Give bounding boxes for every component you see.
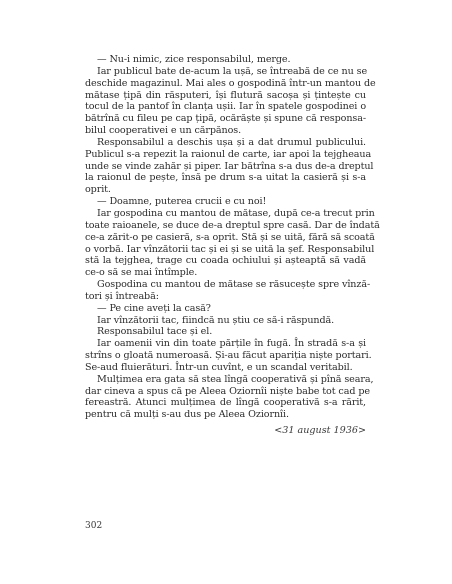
text-line: Gospodina cu mantou de mătase se răsuceș… xyxy=(85,279,366,291)
body-text: — Nu-i nimic, zice responsabilul, merge.… xyxy=(85,54,366,421)
text-line: tocul de la pantof în clanța ușii. Iar î… xyxy=(85,101,366,113)
text-line: Iar oamenii vin din toate părțile în fug… xyxy=(85,338,366,350)
text-line: stă la tejghea, trage cu coada ochiului … xyxy=(85,255,366,267)
text-line: Iar gospodina cu mantou de mătase, după … xyxy=(85,208,366,220)
text-line: Responsabilul tace și el. xyxy=(85,326,366,338)
date-signature: <31 august 1936> xyxy=(85,425,366,436)
text-line: tori și întreabă: xyxy=(85,291,366,303)
text-line: — Pe cine aveți la casă? xyxy=(85,303,366,315)
text-line: bătrînă cu fileu pe cap țipă, ocărăște ș… xyxy=(85,113,366,125)
text-line: — Nu-i nimic, zice responsabilul, merge. xyxy=(85,54,366,66)
text-line: deschide magazinul. Mai ales o gospodină… xyxy=(85,78,366,90)
text-line: o vorbă. Iar vînzătorii tac și ei și se … xyxy=(85,244,366,256)
text-line: mătase țipă din răsputeri, își flutură s… xyxy=(85,90,366,102)
text-line: toate raioanele, se duce de-a dreptul sp… xyxy=(85,220,366,232)
text-line: Mulțimea era gata să stea lîngă cooperat… xyxy=(85,374,366,386)
text-line: Responsabilul a deschis ușa și a dat dru… xyxy=(85,137,366,149)
text-line: pentru că mulți s-au dus pe Aleea Oziorn… xyxy=(85,409,366,421)
text-line: ce-a zărit-o pe casieră, s-a oprit. Stă … xyxy=(85,232,366,244)
text-line: unde se vinde zahăr și piper. Iar bătrîn… xyxy=(85,161,366,173)
text-line: strîns o gloată numeroasă. Și-au făcut a… xyxy=(85,350,366,362)
text-line: Publicul s-a repezit la raionul de carte… xyxy=(85,149,366,161)
text-line: dar cineva a spus că pe Aleea Oziornîi n… xyxy=(85,386,366,398)
text-line: Iar publicul bate de-acum la ușă, se înt… xyxy=(85,66,366,78)
text-line: Se-aud fluierături. Într-un cuvînt, e un… xyxy=(85,362,366,374)
text-line: — Doamne, puterea crucii e cu noi! xyxy=(85,196,366,208)
page-number: 302 xyxy=(85,521,102,531)
text-line: oprit. xyxy=(85,184,366,196)
text-line: Iar vînzătorii tac, fiindcă nu știu ce s… xyxy=(85,315,366,327)
text-line: ce-o să se mai întîmple. xyxy=(85,267,366,279)
text-line: la raionul de pește, însă pe drum s-a ui… xyxy=(85,172,366,184)
text-line: bilul cooperativei e un cărpănos. xyxy=(85,125,366,137)
book-page: — Nu-i nimic, zice responsabilul, merge.… xyxy=(0,0,452,584)
text-line: fereastră. Atunci mulțimea de lîngă coop… xyxy=(85,397,366,409)
